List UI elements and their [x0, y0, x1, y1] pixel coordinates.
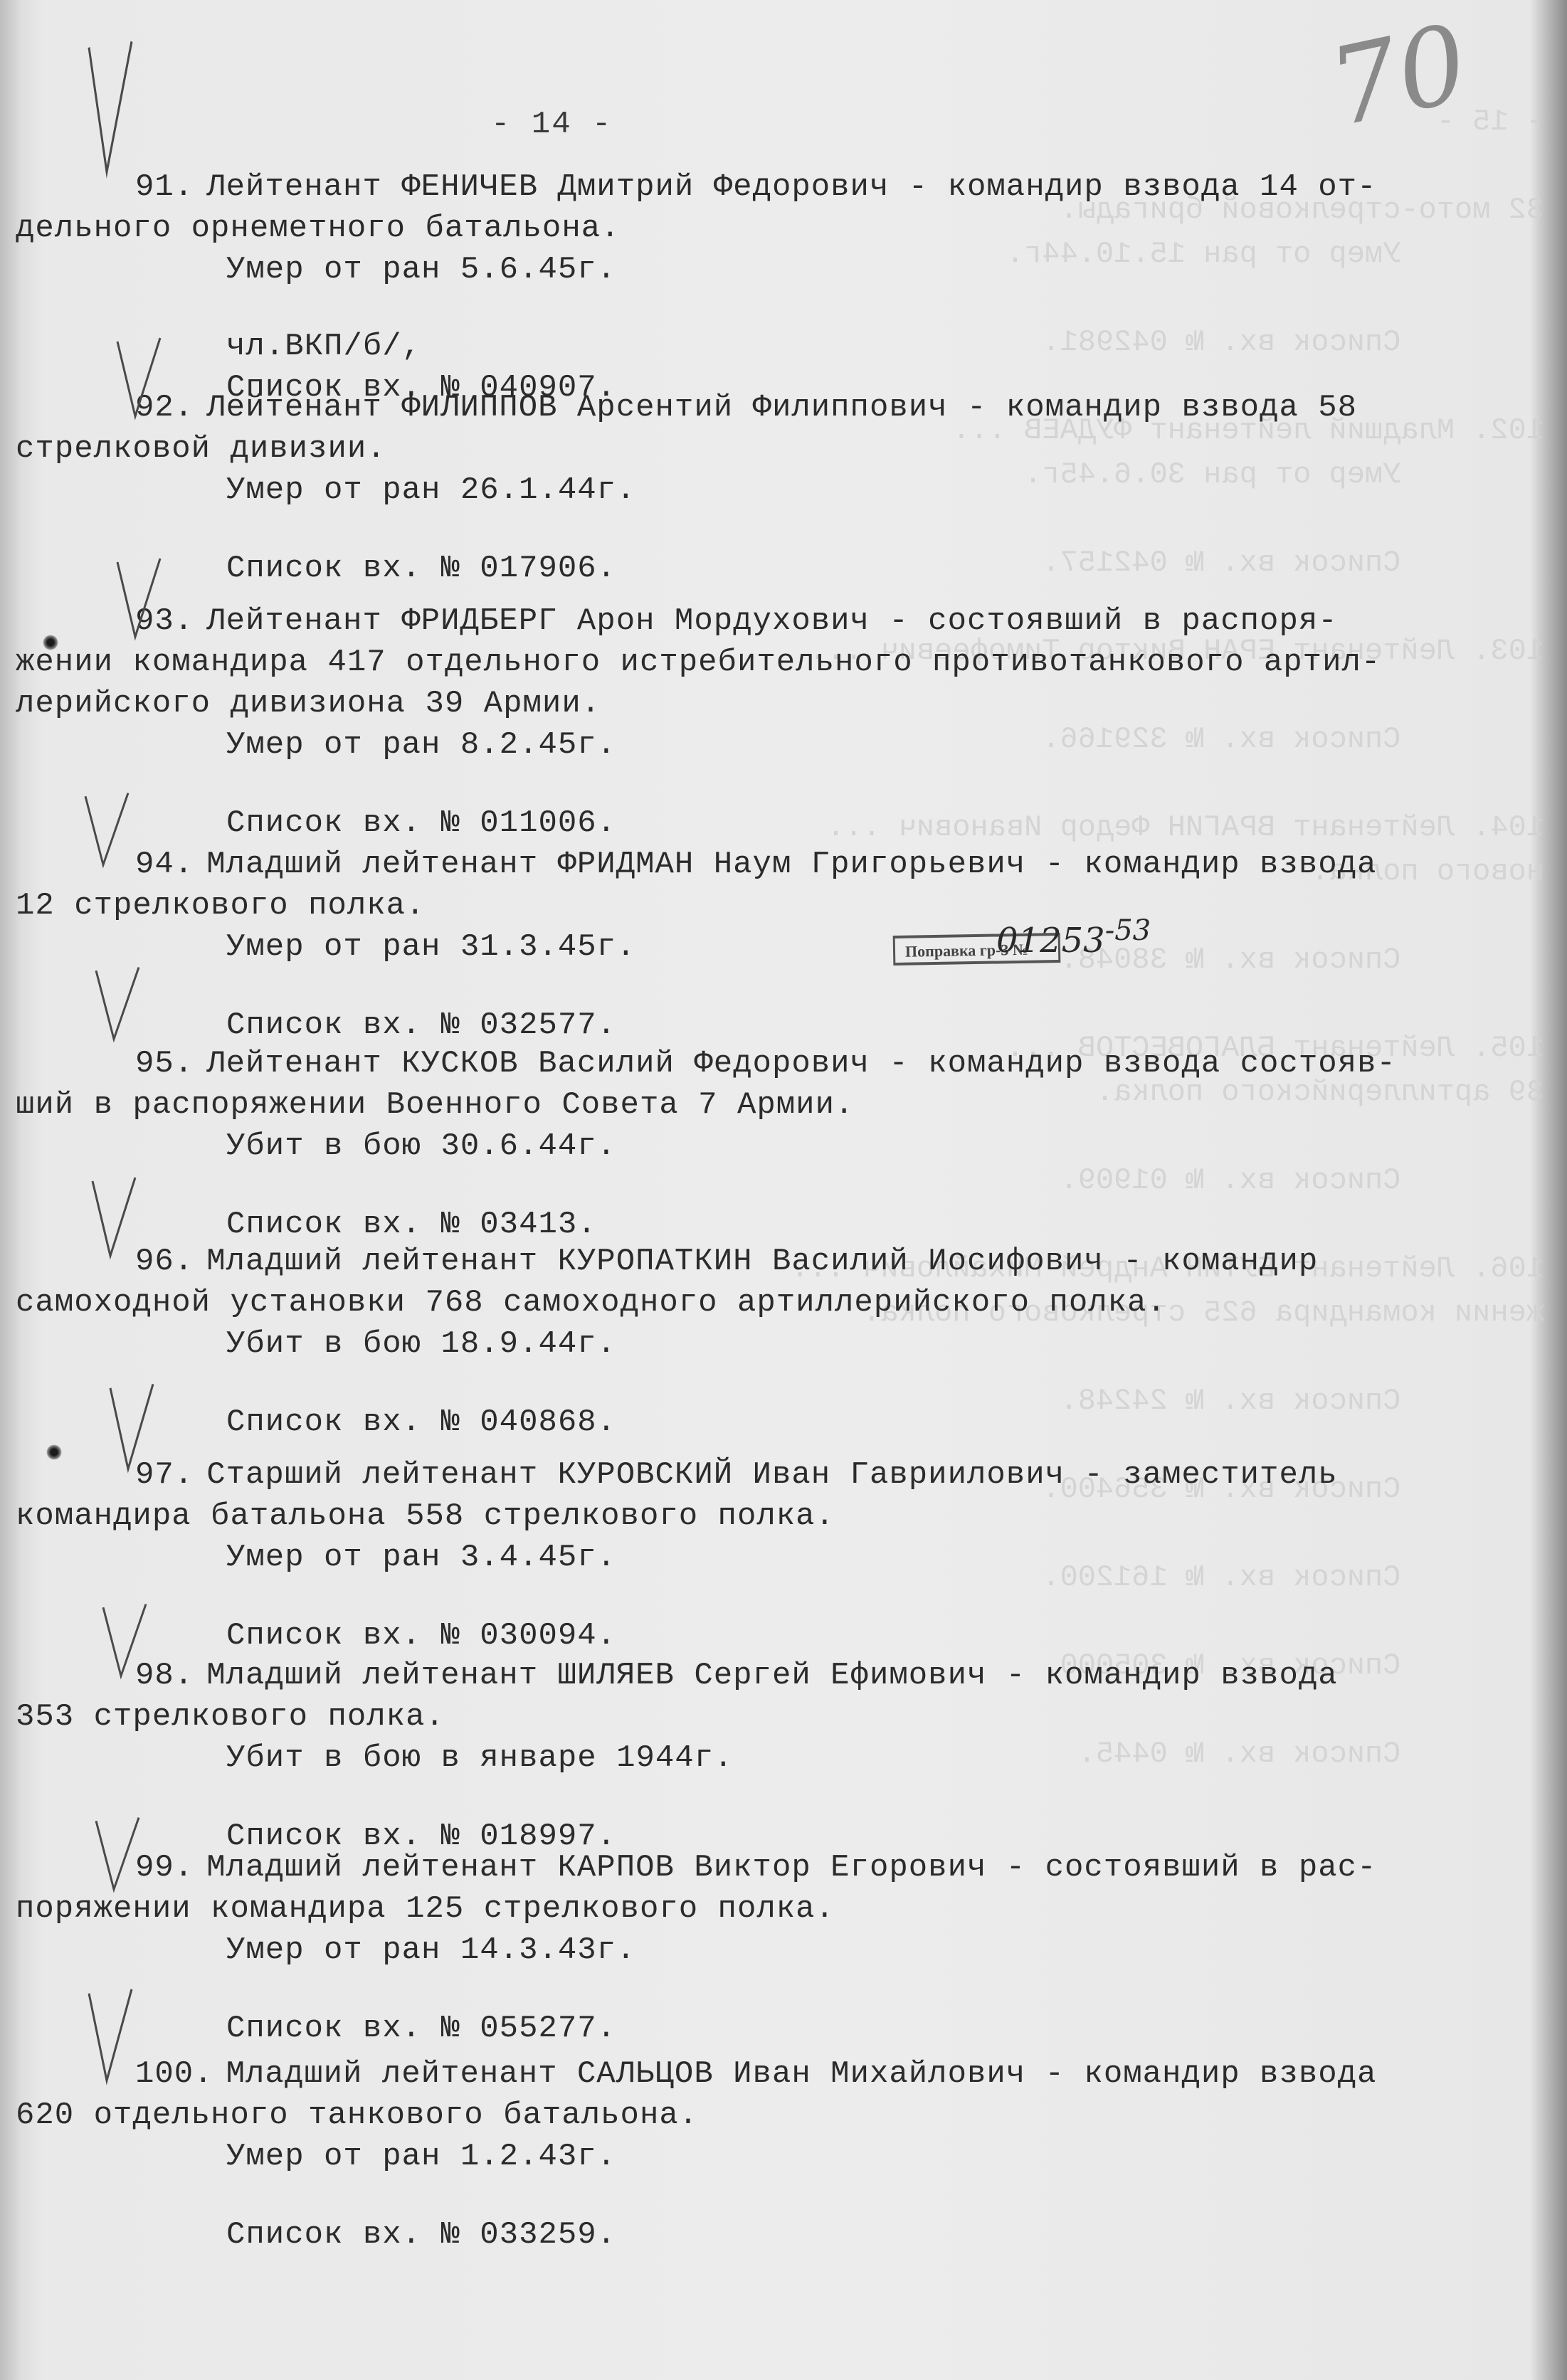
entry-list-reference: Список вх. № 018997.: [226, 1819, 616, 1854]
entry-continuation: ший в распоряжении Военного Совета 7 Арм…: [16, 1087, 854, 1123]
entry-continuation: жении командира 417 отдельного истребите…: [16, 645, 1381, 680]
entry-first-line: 99.Младший лейтенант КАРПОВ Виктор Егоро…: [135, 1850, 1376, 1886]
entry-continuation: поряжении командира 125 стрелкового полк…: [16, 1891, 835, 1927]
entry-heading: Лейтенант ФРИДБЕРГ Арон Мордухович - сос…: [206, 603, 1337, 639]
stamp-value: 01253: [996, 921, 1105, 961]
entry-death-info: Умер от ран 26.1.44г.: [226, 472, 636, 508]
entry-heading: Младший лейтенант КУРОПАТКИН Василий Иос…: [206, 1244, 1318, 1279]
entry-heading: Лейтенант КУСКОВ Василий Федорович - ком…: [206, 1046, 1396, 1081]
bleed-through-text: - 15 - 32 мото-стрелковой бригады. Умер …: [712, 100, 1544, 2305]
entry-first-line: 97.Старший лейтенант КУРОВСКИЙ Иван Гавр…: [135, 1457, 1338, 1493]
entry-list-reference: Список вх. № 033259.: [226, 2217, 616, 2253]
entry-list-reference: Список вх. № 03413.: [226, 1207, 597, 1242]
punch-hole-mark: [46, 1444, 62, 1460]
entry-heading: Лейтенант ФИЛИППОВ Арсентий Филиппович -…: [206, 390, 1357, 425]
checkmark-icon: [82, 790, 132, 868]
checkmark-icon: [89, 1174, 139, 1259]
entry-death-info: Умер от ран 5.6.45г.: [226, 252, 616, 287]
checkmark-icon: [93, 964, 142, 1042]
entry-first-line: 92.Лейтенант ФИЛИППОВ Арсентий Филиппови…: [135, 390, 1357, 425]
entry-heading: Старший лейтенант КУРОВСКИЙ Иван Гавриил…: [206, 1457, 1337, 1493]
entry-number: 99.: [135, 1850, 194, 1886]
entry-death-info: Умер от ран 14.3.43г.: [226, 1932, 636, 1968]
entry-continuation: 620 отдельного танкового батальона.: [16, 2098, 698, 2133]
entry-number: 95.: [135, 1046, 194, 1081]
entry-number: 96.: [135, 1244, 194, 1279]
entry-death-info: Убит в бою в январе 1944г.: [226, 1740, 734, 1776]
entry-first-line: 96.Младший лейтенант КУРОПАТКИН Василий …: [135, 1244, 1318, 1279]
entry-death-info: Умер от ран 1.2.43г.: [226, 2139, 616, 2174]
page-number: - 14 -: [491, 107, 612, 142]
entry-list-reference: Список вх. № 032577.: [226, 1007, 616, 1043]
entry-first-line: 94.Младший лейтенант ФРИДМАН Наум Григор…: [135, 847, 1376, 882]
entry-heading: Младший лейтенант КАРПОВ Виктор Егорович…: [206, 1850, 1376, 1886]
entry-heading: Младший лейтенант ФРИДМАН Наум Григорьев…: [206, 847, 1376, 882]
entry-first-line: 100.Младший лейтенант САЛЬЦОВ Иван Михай…: [135, 2056, 1376, 2092]
entry-number: 97.: [135, 1457, 194, 1493]
entry-first-line: 98.Младший лейтенант ШИЛЯЕВ Сергей Ефимо…: [135, 1658, 1338, 1693]
entry-heading: Лейтенант ФЕНИЧЕВ Дмитрий Федорович - ко…: [206, 169, 1376, 205]
stamp-handwritten-number: 01253-53: [996, 914, 1151, 961]
entry-continuation: командира батальона 558 стрелкового полк…: [16, 1498, 835, 1534]
entry-list-reference: Список вх. № 011006.: [226, 805, 616, 841]
entry-heading: Младший лейтенант ШИЛЯЕВ Сергей Ефимович…: [206, 1658, 1337, 1693]
entry-first-line: 93.Лейтенант ФРИДБЕРГ Арон Мордухович - …: [135, 603, 1338, 639]
entry-death-info: Умер от ран 31.3.45г.: [226, 929, 636, 965]
checkmark-icon: [85, 36, 135, 178]
entry-number: 100.: [135, 2056, 213, 2092]
entry-death-info: Умер от ран 3.4.45г.: [226, 1540, 616, 1575]
entry-first-line: 95.Лейтенант КУСКОВ Василий Федорович - …: [135, 1046, 1396, 1081]
entry-number: 93.: [135, 603, 194, 639]
entry-first-line: 91.Лейтенант ФЕНИЧЕВ Дмитрий Федорович -…: [135, 169, 1376, 205]
entry-number: 92.: [135, 390, 194, 425]
entry-list-reference: Список вх. № 030094.: [226, 1618, 616, 1654]
entry-party-membership: чл.ВКП/б/,: [226, 329, 421, 364]
entry-list-reference: Список вх. № 040868.: [226, 1405, 616, 1440]
entry-number: 91.: [135, 169, 194, 205]
handwritten-folio-number: 70: [1319, 1, 1478, 151]
entry-number: 94.: [135, 847, 194, 882]
entry-list-reference: Список вх. № 055277.: [226, 2011, 616, 2046]
entry-death-info: Умер от ран 8.2.45г.: [226, 727, 616, 763]
entry-continuation: самоходной установки 768 самоходного арт…: [16, 1285, 1166, 1321]
entry-death-info: Убит в бою 30.6.44г.: [226, 1128, 616, 1164]
entry-death-info: Убит в бою 18.9.44г.: [226, 1326, 616, 1362]
entry-continuation: стрелковой дивизии.: [16, 431, 386, 467]
entry-list-reference: Список вх. № 017906.: [226, 551, 616, 586]
entry-continuation: дельного орнеметного батальона.: [16, 211, 621, 246]
checkmark-icon: [85, 1985, 135, 2085]
entry-heading: Младший лейтенант САЛЬЦОВ Иван Михайлови…: [226, 2056, 1377, 2092]
stamp-suffix: -53: [1105, 914, 1151, 947]
entry-continuation: 353 стрелкового полка.: [16, 1699, 445, 1735]
entry-number: 98.: [135, 1658, 194, 1693]
document-page: - 15 - 32 мото-стрелковой бригады. Умер …: [0, 0, 1567, 2380]
punch-hole-mark: [43, 635, 58, 650]
entry-continuation: 12 стрелкового полка.: [16, 888, 426, 924]
entry-continuation: лерийского дивизиона 39 Армии.: [16, 686, 601, 721]
